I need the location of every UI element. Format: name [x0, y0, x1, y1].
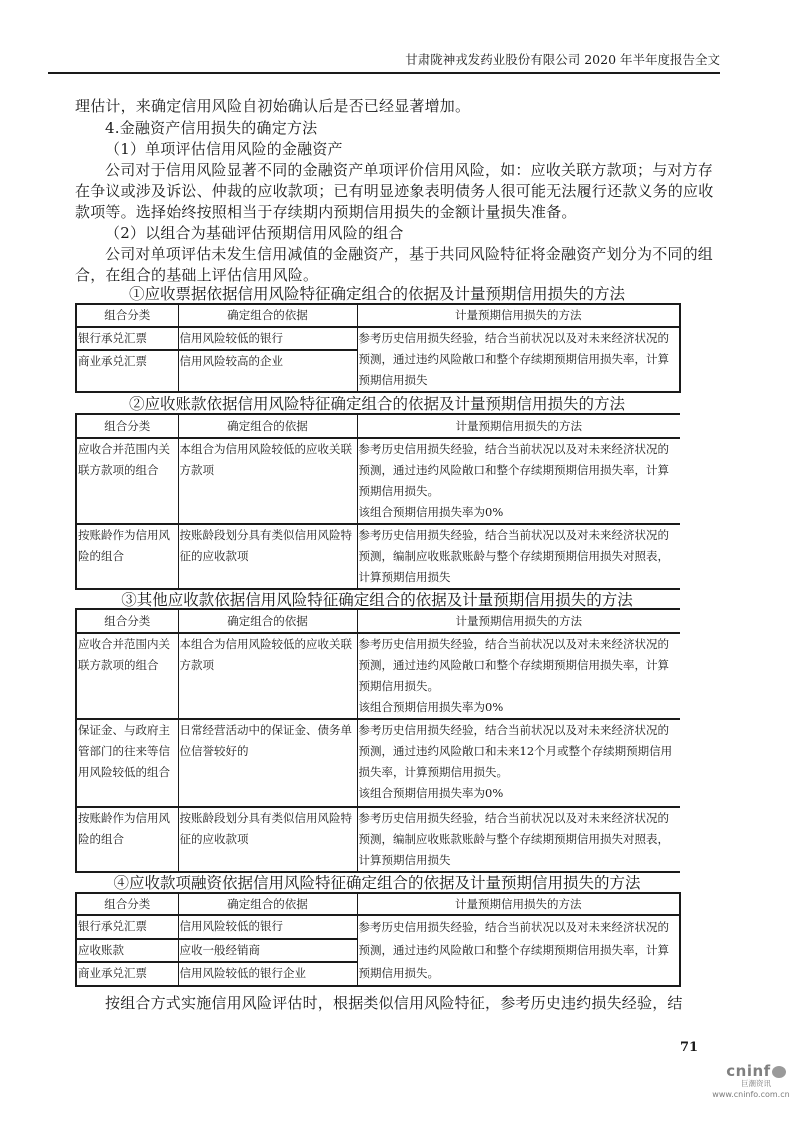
table-notes-receivable: 组合分类 确定组合的依据 计量预期信用损失的方法 银行承兑汇票 信用风险较低的银…	[75, 303, 681, 393]
cell-category: 应收账款	[76, 939, 178, 963]
column-header-category: 组合分类	[76, 893, 178, 915]
table-row: 银行承兑汇票 信用风险较低的银行 参考历史信用损失经验，结合当前状况以及对未来经…	[76, 915, 680, 939]
paragraph-individual-assessment: 公司对于信用风险显著不同的金融资产单项评价信用风险，如：应收关联方款项；与对方存…	[75, 160, 715, 223]
page-number: 71	[680, 1040, 698, 1055]
logo-subtitle: 巨潮资讯	[718, 1079, 793, 1089]
table-1-title: ①应收票据依据信用风险特征确定组合的依据及计量预期信用损失的方法	[75, 284, 679, 304]
cell-category: 银行承兑汇票	[76, 915, 178, 939]
column-header-method: 计量预期信用损失的方法	[357, 893, 680, 915]
column-header-method: 计量预期信用损失的方法	[357, 304, 680, 327]
cell-basis: 应收一般经销商	[178, 939, 357, 963]
cell-method: 参考历史信用损失经验，结合当前状况以及对未来经济状况的预测，编制应收账款账龄与整…	[357, 524, 680, 589]
column-header-method: 计量预期信用损失的方法	[357, 414, 680, 438]
table-row: 银行承兑汇票 信用风险较低的银行 参考历史信用损失经验，结合当前状况以及对未来经…	[76, 327, 680, 350]
column-header-category: 组合分类	[76, 609, 178, 633]
running-header: 甘肃陇神戎发药业股份有限公司 2020 年半年度报告全文	[48, 50, 720, 72]
table-row: 按账龄作为信用风险的组合 按账龄段划分具有类似信用风险特征的应收款项 参考历史信…	[76, 524, 680, 589]
table-row: 按账龄作为信用风险的组合 按账龄段划分具有类似信用风险特征的应收款项 参考历史信…	[76, 807, 680, 872]
section-heading-4: 4.金融资产信用损失的确定方法	[75, 118, 715, 139]
header-rule	[48, 72, 720, 74]
method-text: 参考历史信用损失经验，结合当前状况以及对未来经济状况的预测，通过违约风险敞口和整…	[359, 439, 680, 502]
subsection-heading-1: （1）单项评估信用风险的金融资产	[105, 139, 715, 160]
logo-swirl-icon	[772, 1066, 786, 1078]
table-2-title: ②应收账款依据信用风险特征确定组合的依据及计量预期信用损失的方法	[75, 394, 679, 414]
cell-category: 应收合并范围内关联方款项的组合	[76, 438, 178, 524]
logo-url: www.cninfo.com.cn	[708, 1089, 793, 1100]
cell-method: 参考历史信用损失经验，结合当前状况以及对未来经济状况的预测，通过违约风险敞口和整…	[357, 915, 680, 986]
cell-category: 按账龄作为信用风险的组合	[76, 807, 178, 872]
cell-method: 参考历史信用损失经验，结合当前状况以及对未来经济状况的预测，通过违约风险敞口和未…	[357, 719, 680, 807]
column-header-basis: 确定组合的依据	[178, 414, 357, 438]
cell-basis: 本组合为信用风险较低的应收关联方款项	[178, 633, 357, 719]
cell-basis: 本组合为信用风险较低的应收关联方款项	[178, 438, 357, 524]
cell-category: 按账龄作为信用风险的组合	[76, 524, 178, 589]
column-header-method: 计量预期信用损失的方法	[357, 609, 680, 633]
cell-basis: 信用风险较高的企业	[178, 350, 357, 392]
logo-text: cninf	[726, 1062, 770, 1080]
cell-category: 商业承兑汇票	[76, 962, 178, 986]
table-other-receivables: 组合分类 确定组合的依据 计量预期信用损失的方法 应收合并范围内关联方款项的组合…	[75, 608, 680, 873]
column-header-category: 组合分类	[76, 304, 178, 327]
method-text: 参考历史信用损失经验，结合当前状况以及对未来经济状况的预测，通过违约风险敞口和整…	[359, 634, 680, 697]
cell-method: 参考历史信用损失经验，结合当前状况以及对未来经济状况的预测，通过违约风险敞口和整…	[357, 438, 680, 524]
cell-category: 银行承兑汇票	[76, 327, 178, 350]
cell-category: 商业承兑汇票	[76, 350, 178, 392]
cell-basis: 按账龄段划分具有类似信用风险特征的应收款项	[178, 807, 357, 872]
subsection-heading-2: （2）以组合为基础评估预期信用风险的组合	[105, 223, 715, 244]
cell-method: 参考历史信用损失经验，结合当前状况以及对未来经济状况的预测，通过违约风险敞口和整…	[357, 633, 680, 719]
column-header-category: 组合分类	[76, 414, 178, 438]
cell-method: 参考历史信用损失经验，结合当前状况以及对未来经济状况的预测，通过违约风险敞口和整…	[357, 327, 680, 392]
cell-category: 应收合并范围内关联方款项的组合	[76, 633, 178, 719]
cninfo-logo: cninf 巨潮资讯 www.cninfo.com.cn	[718, 1063, 793, 1100]
paragraph-portfolio-method: 按组合方式实施信用风险评估时，根据类似信用风险特征，参考历史违约损失经验，结	[75, 993, 715, 1014]
cell-method: 参考历史信用损失经验，结合当前状况以及对未来经济状况的预测，编制应收账款账龄与整…	[357, 807, 680, 872]
column-header-basis: 确定组合的依据	[178, 893, 357, 915]
table-accounts-receivable: 组合分类 确定组合的依据 计量预期信用损失的方法 应收合并范围内关联方款项的组合…	[75, 413, 680, 590]
cell-basis: 日常经营活动中的保证金、债务单位信誉较好的	[178, 719, 357, 807]
method-text: 参考历史信用损失经验，结合当前状况以及对未来经济状况的预测，通过违约风险敞口和未…	[359, 720, 680, 783]
paragraph-portfolio-assessment: 公司对单项评估未发生信用减值的金融资产，基于共同风险特征将金融资产划分为不同的组…	[75, 244, 715, 286]
loss-rate-note: 该组合预期信用损失率为0%	[359, 783, 680, 804]
cell-category: 保证金、与政府主管部门的往来等信用风险较低的组合	[76, 719, 178, 807]
table-row: 应收合并范围内关联方款项的组合 本组合为信用风险较低的应收关联方款项 参考历史信…	[76, 633, 680, 719]
cell-basis: 按账龄段划分具有类似信用风险特征的应收款项	[178, 524, 357, 589]
table-3-title: ③其他应收款依据信用风险特征确定组合的依据及计量预期信用损失的方法	[75, 590, 679, 610]
cell-basis: 信用风险较低的银行企业	[178, 962, 357, 986]
loss-rate-note: 该组合预期信用损失率为0%	[359, 502, 680, 523]
table-row: 应收合并范围内关联方款项的组合 本组合为信用风险较低的应收关联方款项 参考历史信…	[76, 438, 680, 524]
cell-basis: 信用风险较低的银行	[178, 327, 357, 350]
column-header-basis: 确定组合的依据	[178, 304, 357, 327]
table-row: 保证金、与政府主管部门的往来等信用风险较低的组合 日常经营活动中的保证金、债务单…	[76, 719, 680, 807]
table-4-title: ④应收款项融资依据信用风险特征确定组合的依据及计量预期信用损失的方法	[75, 873, 679, 893]
loss-rate-note: 该组合预期信用损失率为0%	[359, 697, 680, 718]
column-header-basis: 确定组合的依据	[178, 609, 357, 633]
cell-basis: 信用风险较低的银行	[178, 915, 357, 939]
table-receivables-financing: 组合分类 确定组合的依据 计量预期信用损失的方法 银行承兑汇票 信用风险较低的银…	[75, 892, 681, 987]
paragraph-continuation: 理估计，来确定信用风险自初始确认后是否已经显著增加。	[75, 96, 715, 117]
